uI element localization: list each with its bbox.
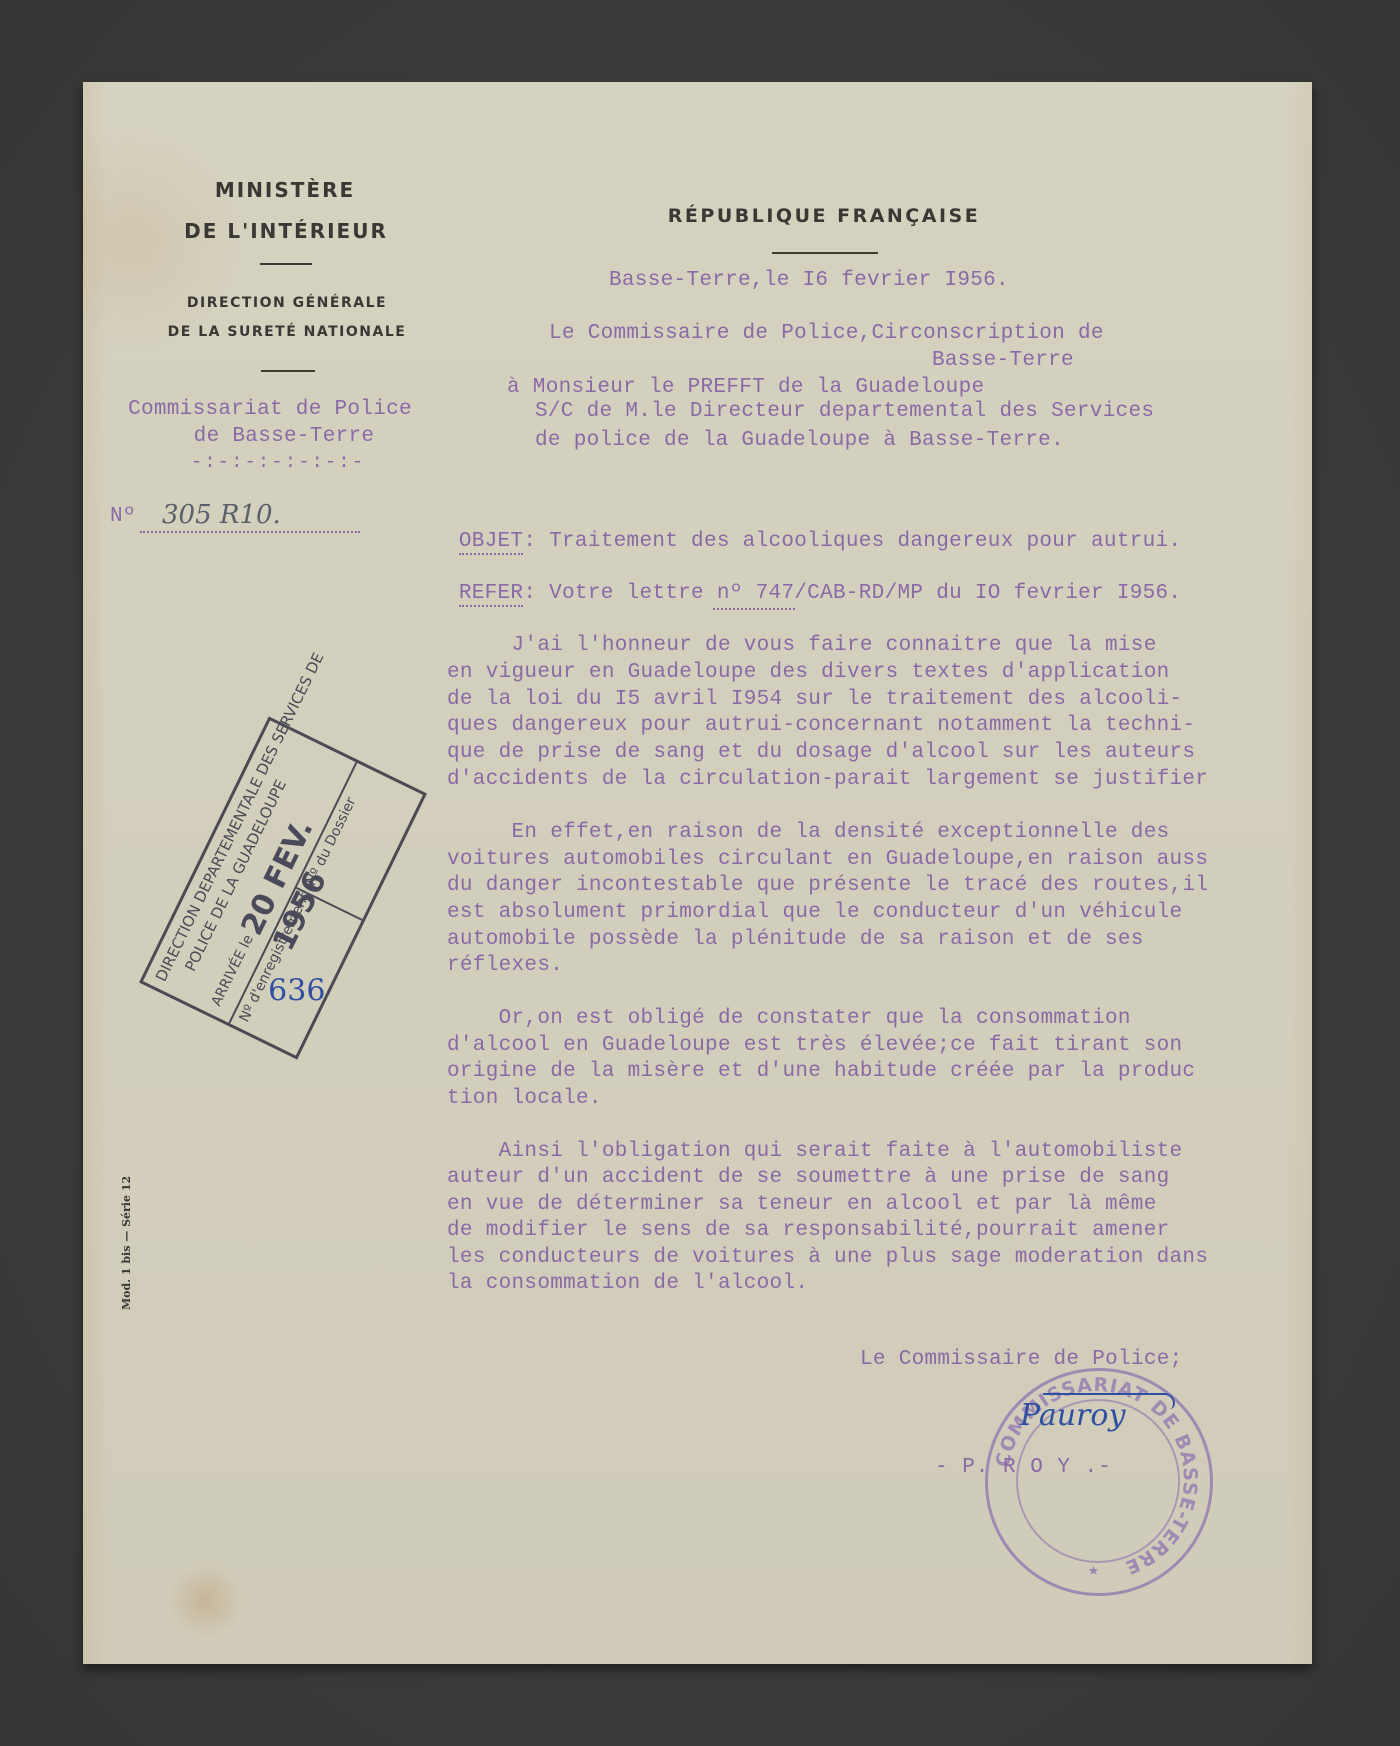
refer-line: REFER: Votre lettre nº 747/CAB-RD/MP du …	[433, 559, 1181, 605]
objet-text: : Traitement des alcooliques dangereux p…	[523, 530, 1181, 553]
body-line: Ainsi l'obligation qui serait faite à l'…	[447, 1140, 1182, 1163]
direction-line2: DE LA SURETÉ NATIONALE	[168, 324, 407, 340]
objet-line: OBJET: Traitement des alcooliques danger…	[433, 507, 1181, 553]
ornament: -:-:-:-:-:-:-	[191, 451, 365, 473]
reference-number-handwritten: 305 R10.	[162, 500, 281, 530]
recipient-line1: à Monsieur le PREFFT de la Guadeloupe	[507, 376, 984, 399]
body-line: En effet,en raison de la densité excepti…	[447, 821, 1170, 844]
sender-line2: Basse-Terre	[932, 349, 1074, 372]
recipient-line3: de police de la Guadeloupe à Basse-Terre…	[535, 429, 1064, 452]
body-line: que de prise de sang et du dosage d'alco…	[447, 741, 1195, 764]
recipient-line2: S/C de M.le Directeur departemental des …	[535, 400, 1154, 423]
body-line: voitures automobiles circulant en Guadel…	[447, 848, 1208, 871]
ministry-line1: MINISTÈRE	[215, 178, 355, 202]
office-line2: de Basse-Terre	[194, 425, 375, 448]
body-line: d'alcool en Guadeloupe est très élevée;c…	[447, 1034, 1182, 1057]
body-line: en vue de déterminer sa teneur en alcool…	[447, 1193, 1157, 1216]
body-line: est absolument primordial que le conduct…	[447, 901, 1182, 924]
registration-number-handwritten: 636	[268, 973, 325, 1008]
reference-number-label: Nº	[110, 505, 136, 528]
body-line: J'ai l'honneur de vous faire connaitre q…	[447, 634, 1157, 657]
place-date: Basse-Terre,le I6 fevrier I956.	[609, 269, 1009, 292]
signature-title: Le Commissaire de Police;	[860, 1348, 1183, 1371]
star-icon: ★	[1088, 1559, 1099, 1581]
form-code: Mod. 1 bis — Série 12	[120, 1176, 133, 1310]
body-line: de la loi du I5 avril I954 sur le traite…	[447, 688, 1182, 711]
ministry-line2: DE L'INTÉRIEUR	[184, 219, 388, 243]
divider	[713, 608, 795, 610]
republic-heading: RÉPUBLIQUE FRANÇAISE	[668, 205, 980, 227]
body-line: de modifier le sens de sa responsabilité…	[447, 1219, 1170, 1242]
direction-line1: DIRECTION GÉNÉRALE	[187, 295, 387, 311]
body-line: origine de la misère et d'une habitude c…	[447, 1060, 1195, 1083]
body-line: en vigueur en Guadeloupe des divers text…	[447, 661, 1170, 684]
body-line: tion locale.	[447, 1087, 602, 1110]
signatory-name: - P. R O Y .-	[935, 1456, 1112, 1479]
body-line: la consommation de l'alcool.	[447, 1272, 808, 1295]
body-line: les conducteurs de voitures à une plus s…	[447, 1246, 1208, 1269]
body-line: auteur d'un accident de se soumettre à u…	[447, 1166, 1170, 1189]
signature-flourish	[1043, 1393, 1175, 1409]
body-line: d'accidents de la circulation-parait lar…	[447, 768, 1208, 791]
body-line: automobile possède la plénitude de sa ra…	[447, 928, 1144, 951]
divider	[772, 252, 878, 254]
refer-text: : Votre lettre nº 747/CAB-RD/MP du IO fe…	[523, 582, 1181, 605]
body-line: du danger incontestable que présente le …	[447, 874, 1208, 897]
body-line: Or,on est obligé de constater que la con…	[447, 1007, 1131, 1030]
refer-label: REFER	[459, 582, 524, 607]
reference-number-underline	[140, 531, 360, 533]
divider	[261, 370, 315, 372]
divider	[260, 263, 312, 265]
office-line1: Commissariat de Police	[128, 398, 412, 421]
sender-line1: Le Commissaire de Police,Circonscription…	[549, 322, 1104, 345]
body-line: réflexes.	[447, 954, 563, 977]
body-line: ques dangereux pour autrui-concernant no…	[447, 714, 1195, 737]
objet-label: OBJET	[459, 530, 524, 555]
